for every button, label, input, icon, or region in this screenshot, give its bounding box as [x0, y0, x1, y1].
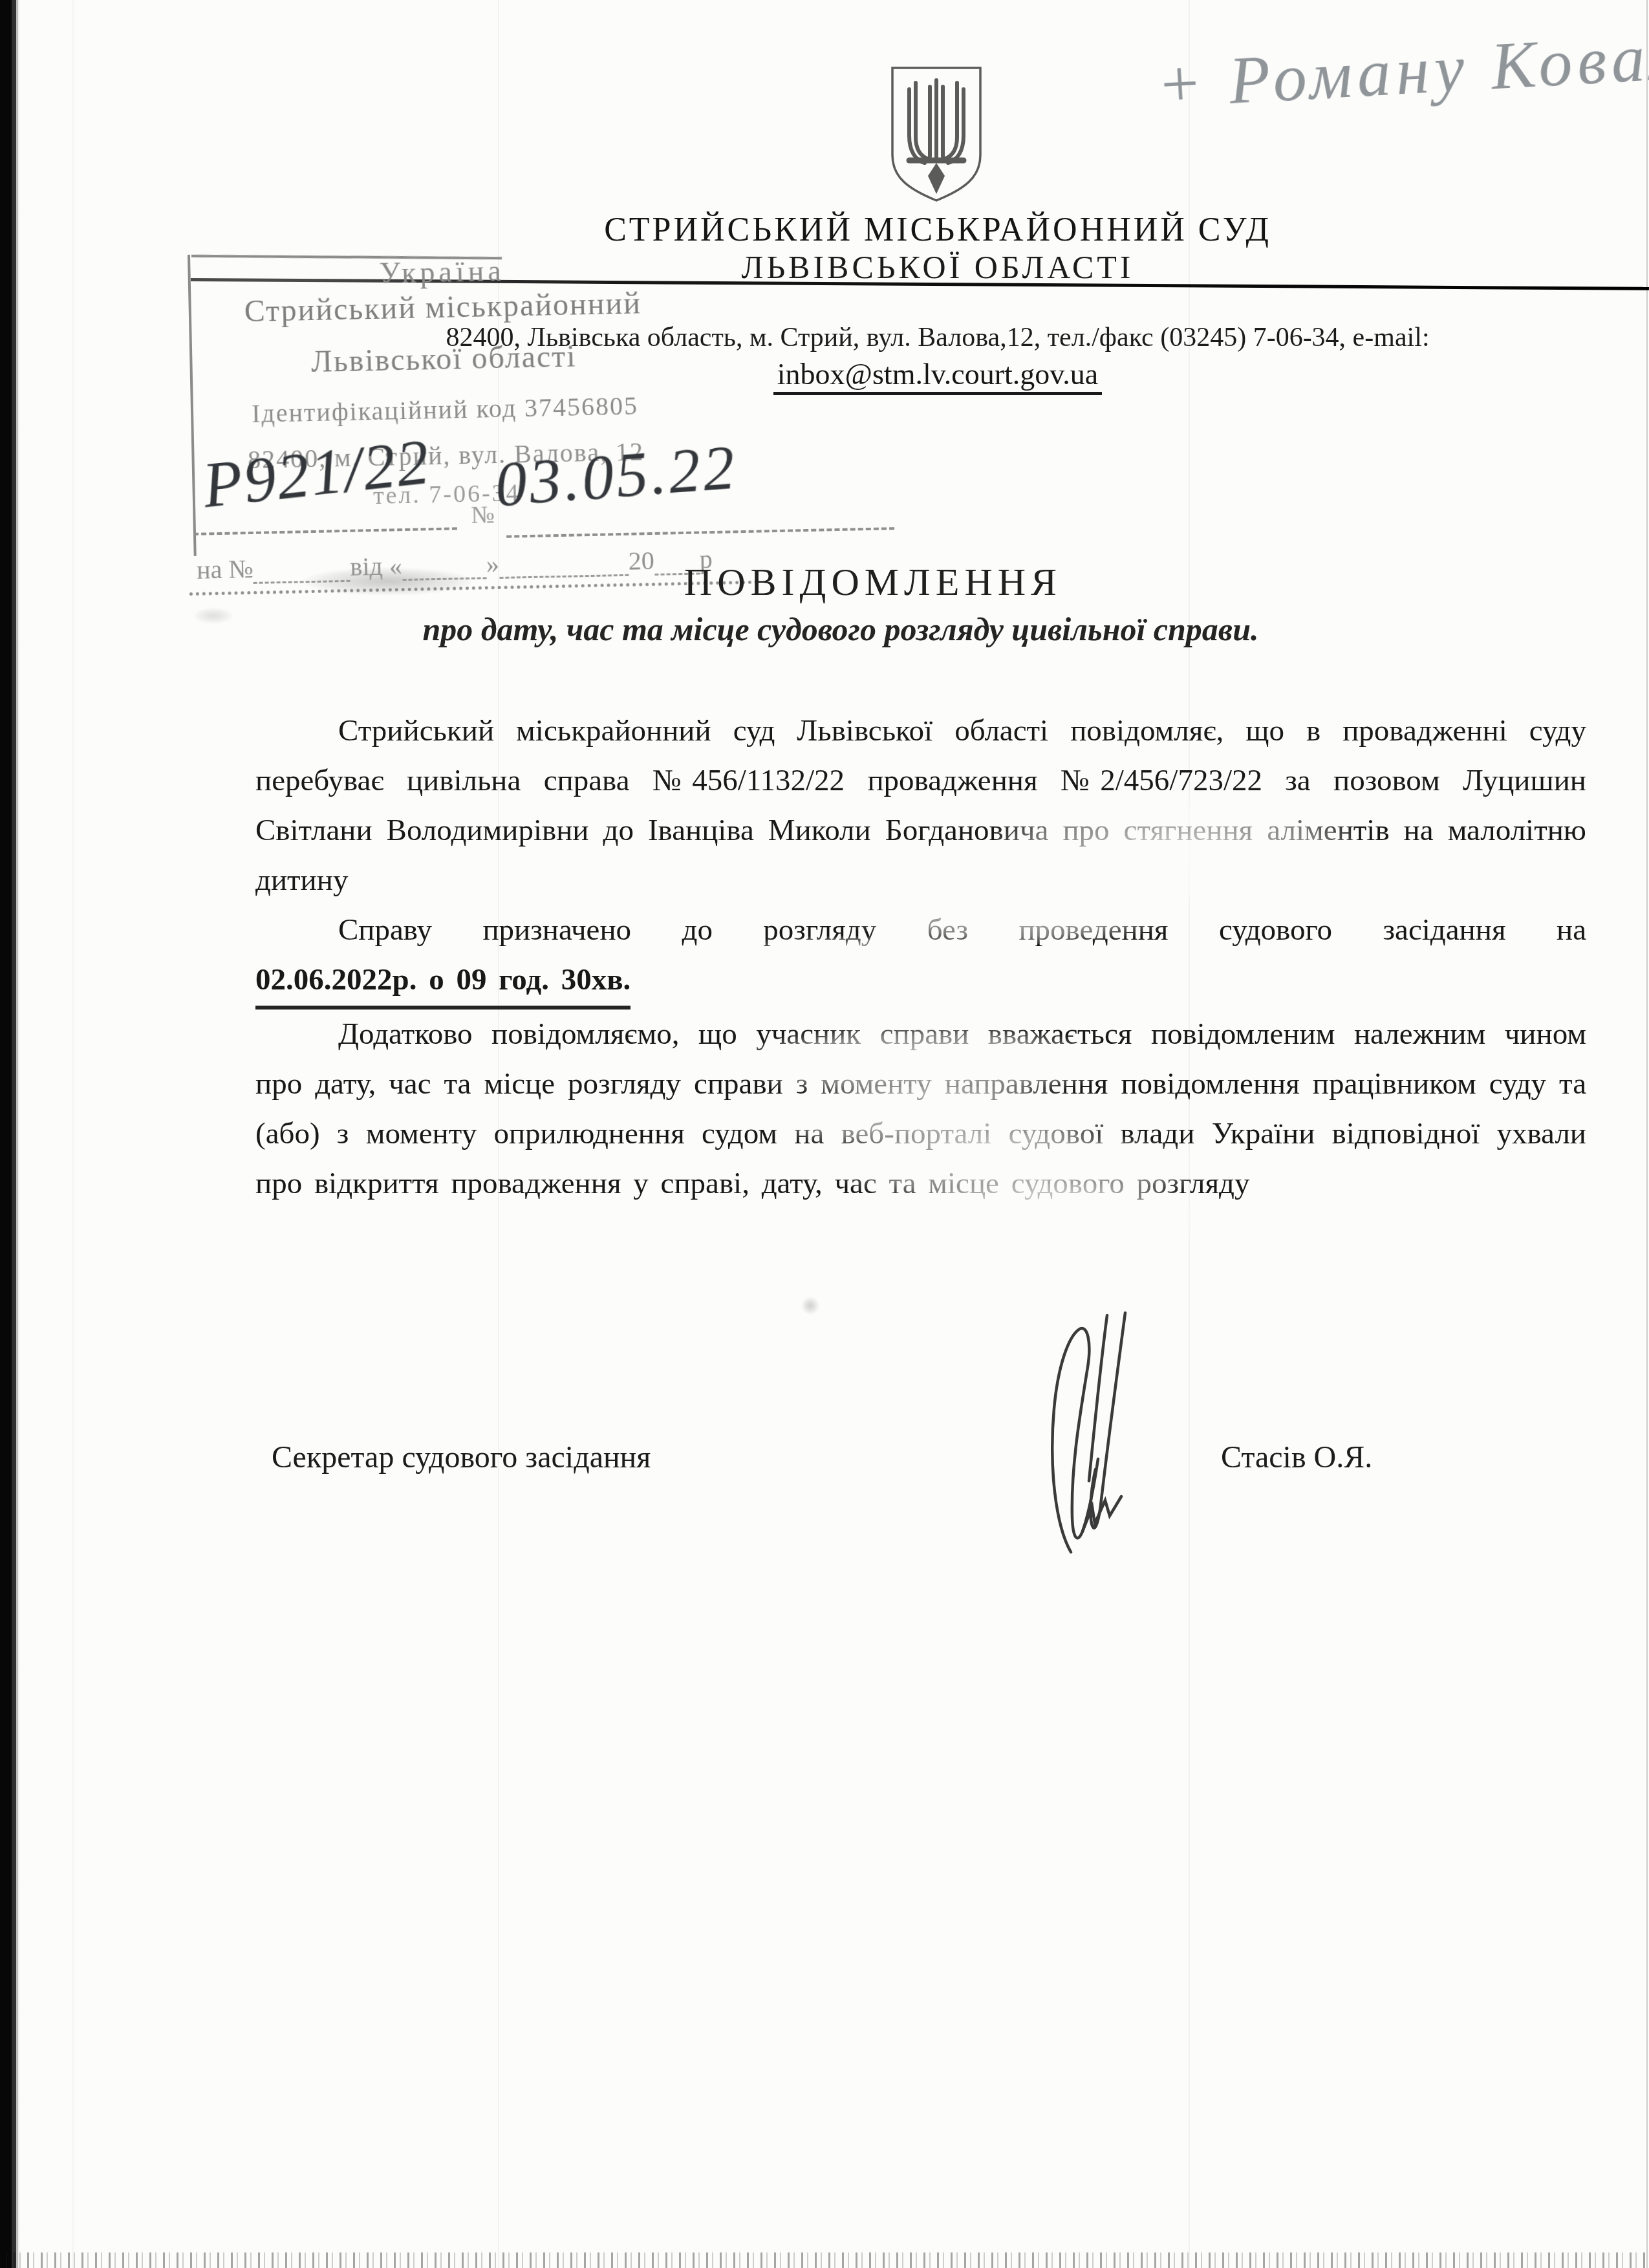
hearing-text: Справу призначено до розгляду без провед… — [338, 913, 1586, 947]
document-subtitle: про дату, час та місце судового розгляду… — [162, 610, 1520, 648]
fold-line — [72, 0, 74, 2268]
paragraph-hearing: Справу призначено до розгляду без провед… — [255, 905, 1586, 1010]
paragraph-additional-info: Додатково повідомляємо, що учасник справ… — [255, 1010, 1586, 1209]
scanned-court-notice-page: + Роману Коваль СТРИЙСЬКИЙ МІСЬКРАЙОННИЙ… — [0, 0, 1649, 2268]
paragraph-case-info: Стрийський міськрайонний суд Львівської … — [255, 706, 1586, 905]
court-name-line1: СТРИЙСЬКИЙ МІСЬКРАЙОННИЙ СУД — [259, 211, 1617, 249]
court-registration-stamp: Україна Стрийський міськрайонний Львівсь… — [186, 245, 704, 595]
scan-noise-band — [0, 2252, 1649, 2268]
scan-edge-line — [1646, 0, 1648, 2268]
stamp-number-sign: № — [471, 501, 495, 530]
signature-role-label: Секретар судового засідання — [272, 1440, 651, 1475]
scan-smudge — [802, 1297, 819, 1314]
document-title: ПОВІДОМЛЕННЯ — [194, 560, 1552, 605]
stamp-blank-line — [193, 527, 457, 535]
court-email: inbox@stm.lv.court.gov.ua — [773, 358, 1102, 395]
scan-fade-artifact — [750, 1235, 1151, 1300]
signature-name: Стасів О.Я. — [1221, 1440, 1372, 1475]
notice-body: Стрийський міськрайонний суд Львівської … — [255, 706, 1586, 1209]
scan-edge-strip — [0, 0, 19, 2268]
stamp-id-code: Ідентифікаційний код 37456805 — [189, 389, 701, 430]
hearing-datetime: 02.06.2022р. о 09 год. 30хв. — [255, 955, 630, 1010]
ukraine-trident-emblem-icon — [887, 65, 986, 204]
stamp-blank-line — [506, 527, 894, 538]
pencil-note-handwriting: + Роману Коваль — [1154, 16, 1649, 124]
stamp-court-line2: Львівської області — [188, 336, 700, 382]
handwritten-signature — [974, 1312, 1168, 1583]
